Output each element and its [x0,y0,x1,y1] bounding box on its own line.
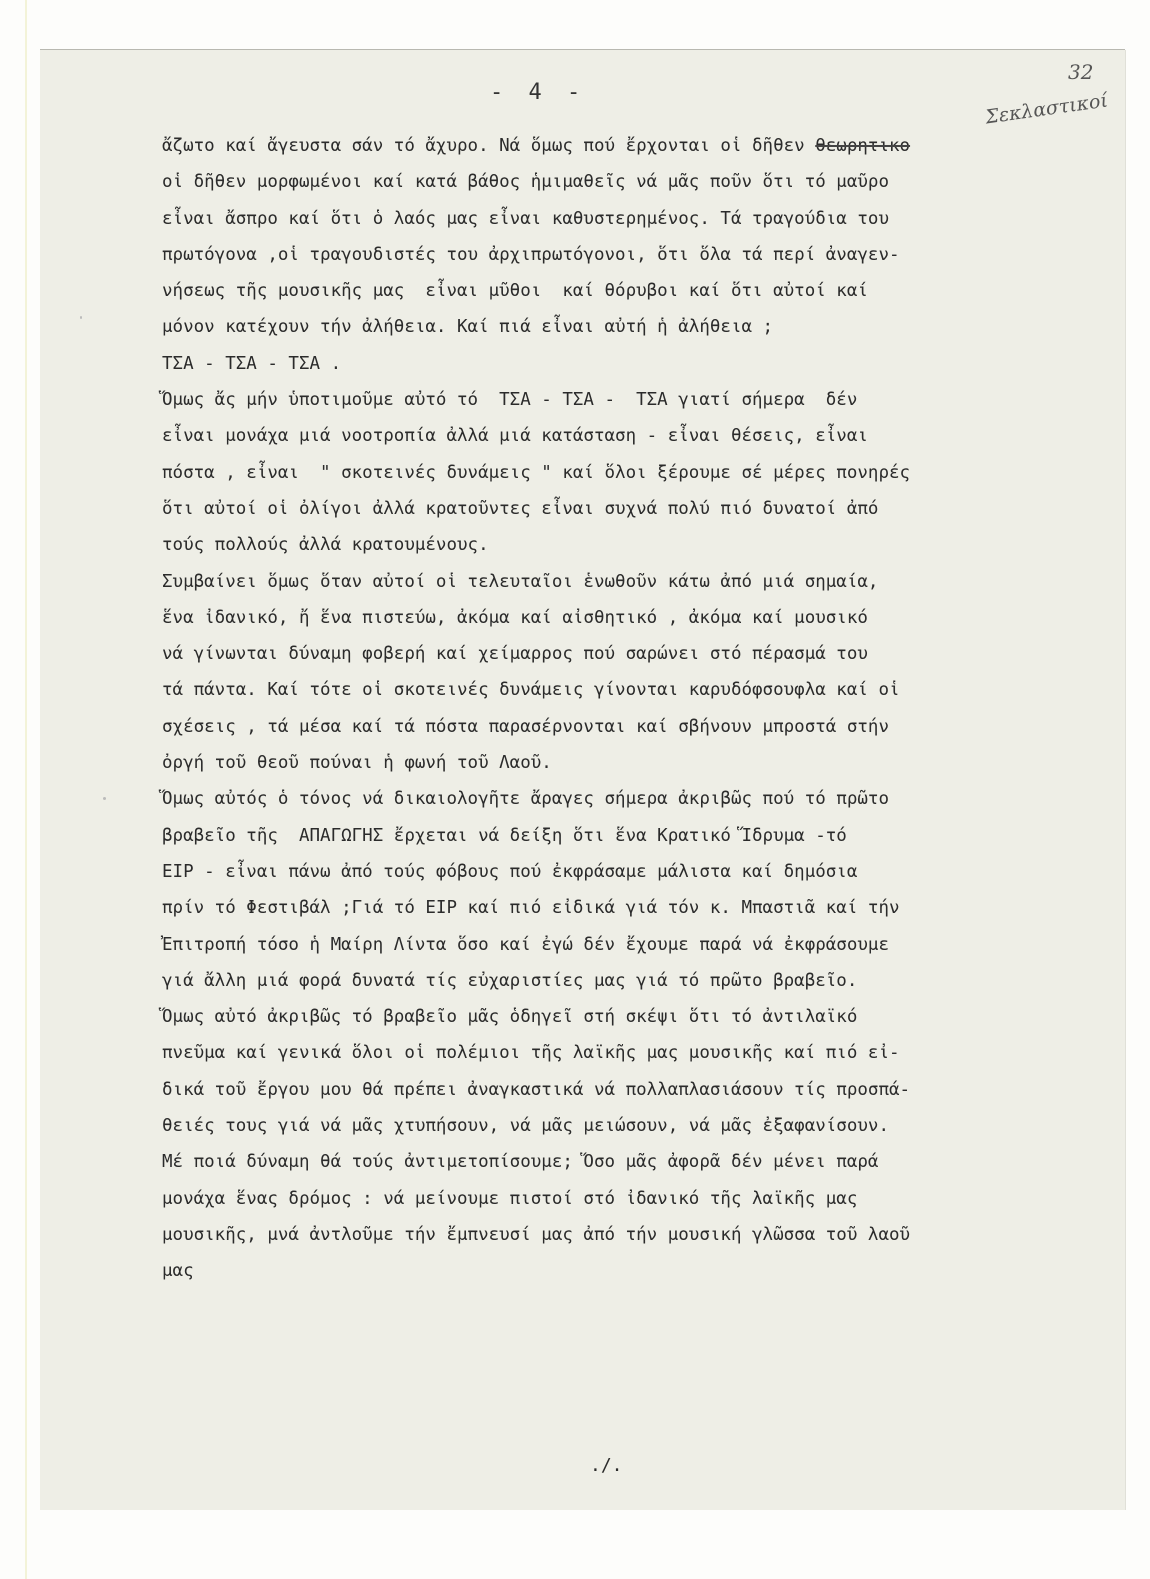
text-line: τά πάντα. Καί τότε οἱ σκοτεινές δυνάμεις… [162,672,1122,708]
continuation-mark: ./. [590,1455,623,1476]
scanner-edge-line [25,0,27,1579]
text-line: μόνον κατέχουν τήν ἀλήθεια. Καί πιά εἶνα… [162,309,1122,345]
text-line: μονάχα ἕνας δρόμος : νά μείνουμε πιστοί … [162,1181,1122,1217]
text-line: εἶναι μονάχα μιά νοοτροπία ἀλλά μιά κατά… [162,418,1122,454]
line-text: ἄζωτο καί ἄγευστα σάν τό ἄχυρο. Νά ὅμως … [162,136,815,156]
typed-page-number: - 4 - [490,80,586,105]
text-line: Ὅμως ἄς μήν ὑποτιμοῦμε αὐτό τό ΤΣΑ - ΤΣΑ… [162,382,1122,418]
text-line: οἱ δῆθεν μορφωμένοι καί κατά βάθος ἡμιμα… [162,164,1122,200]
text-line: σχέσεις , τά μέσα καί τά πόστα παρασέρνο… [162,709,1122,745]
text-line: Ὅμως αὐτός ὁ τόνος νά δικαιολογῆτε ἄραγε… [162,781,1122,817]
text-line: βραβεῖο τῆς ΑΠΑΓΩΓΗΣ ἔρχεται νά δείξη ὅτ… [162,818,1122,854]
typed-body-text: ἄζωτο καί ἄγευστα σάν τό ἄχυρο. Νά ὅμως … [162,128,1122,1290]
text-line: πόστα , εἶναι " σκοτεινές δυνάμεις " καί… [162,455,1122,491]
text-line: μας [162,1253,1122,1289]
text-line: ὀργή τοῦ θεοῦ πούναι ἡ φωνή τοῦ Λαοῦ. [162,745,1122,781]
text-line: δικά τοῦ ἔργου μου θά πρέπει ἀναγκαστικά… [162,1072,1122,1108]
text-line: εἶναι ἄσπρο καί ὅτι ὁ λαός μας εἶναι καθ… [162,201,1122,237]
text-line: πρωτόγονα ,οἱ τραγουδιστές του ἀρχιπρωτό… [162,237,1122,273]
text-line: ὅτι αὐτοί οἱ ὀλίγοι ἀλλά κρατοῦντες εἶνα… [162,491,1122,527]
text-line: Ἐπιτροπή τόσο ἡ Μαίρη Λίντα ὅσο καί ἐγώ … [162,927,1122,963]
text-line: Συμβαίνει ὅμως ὅταν αὐτοί οἱ τελευταῖοι … [162,564,1122,600]
struck-word: θεωρητικο [815,136,910,156]
text-line: νήσεως τῆς μουσικῆς μας εἶναι μῦθοι καί … [162,273,1122,309]
text-line: νά γίνωνται δύναμη φοβερή καί χείμαρρος … [162,636,1122,672]
scan-speck [103,797,106,800]
scan-speck [80,316,82,319]
text-line: ἕνα ἰδανικό, ἤ ἕνα πιστεύω, ἀκόμα καί αἰ… [162,600,1122,636]
text-line: Ὅμως αὐτό ἀκριβῶς τό βραβεῖο μᾶς ὁδηγεῖ … [162,999,1122,1035]
text-line: τούς πολλούς ἀλλά κρατουμένους. [162,527,1122,563]
text-line: ἄζωτο καί ἄγευστα σάν τό ἄχυρο. Νά ὅμως … [162,128,1122,164]
text-line: πνεῦμα καί γενικά ὅλοι οἱ πολέμιοι τῆς λ… [162,1035,1122,1071]
text-line: μουσικῆς, μνά ἀντλοῦμε τήν ἔμπνευσί μας … [162,1217,1122,1253]
text-line: θειές τους γιά νά μᾶς χτυπήσουν, νά μᾶς … [162,1108,1122,1144]
archive-page-number: 32 [1068,60,1093,84]
text-line: γιά ἄλλη μιά φορά δυνατά τίς εὐχαριστίες… [162,963,1122,999]
text-line: ΤΣΑ - ΤΣΑ - ΤΣΑ . [162,346,1122,382]
text-line: πρίν τό Φεστιβάλ ;Γιά τό ΕΙΡ καί πιό εἰδ… [162,890,1122,926]
text-line: Μέ ποιά δύναμη θά τούς ἀντιμετοπίσουμε; … [162,1144,1122,1180]
text-line: ΕΙΡ - εἶναι πάνω ἀπό τούς φόβους πού ἐκφ… [162,854,1122,890]
